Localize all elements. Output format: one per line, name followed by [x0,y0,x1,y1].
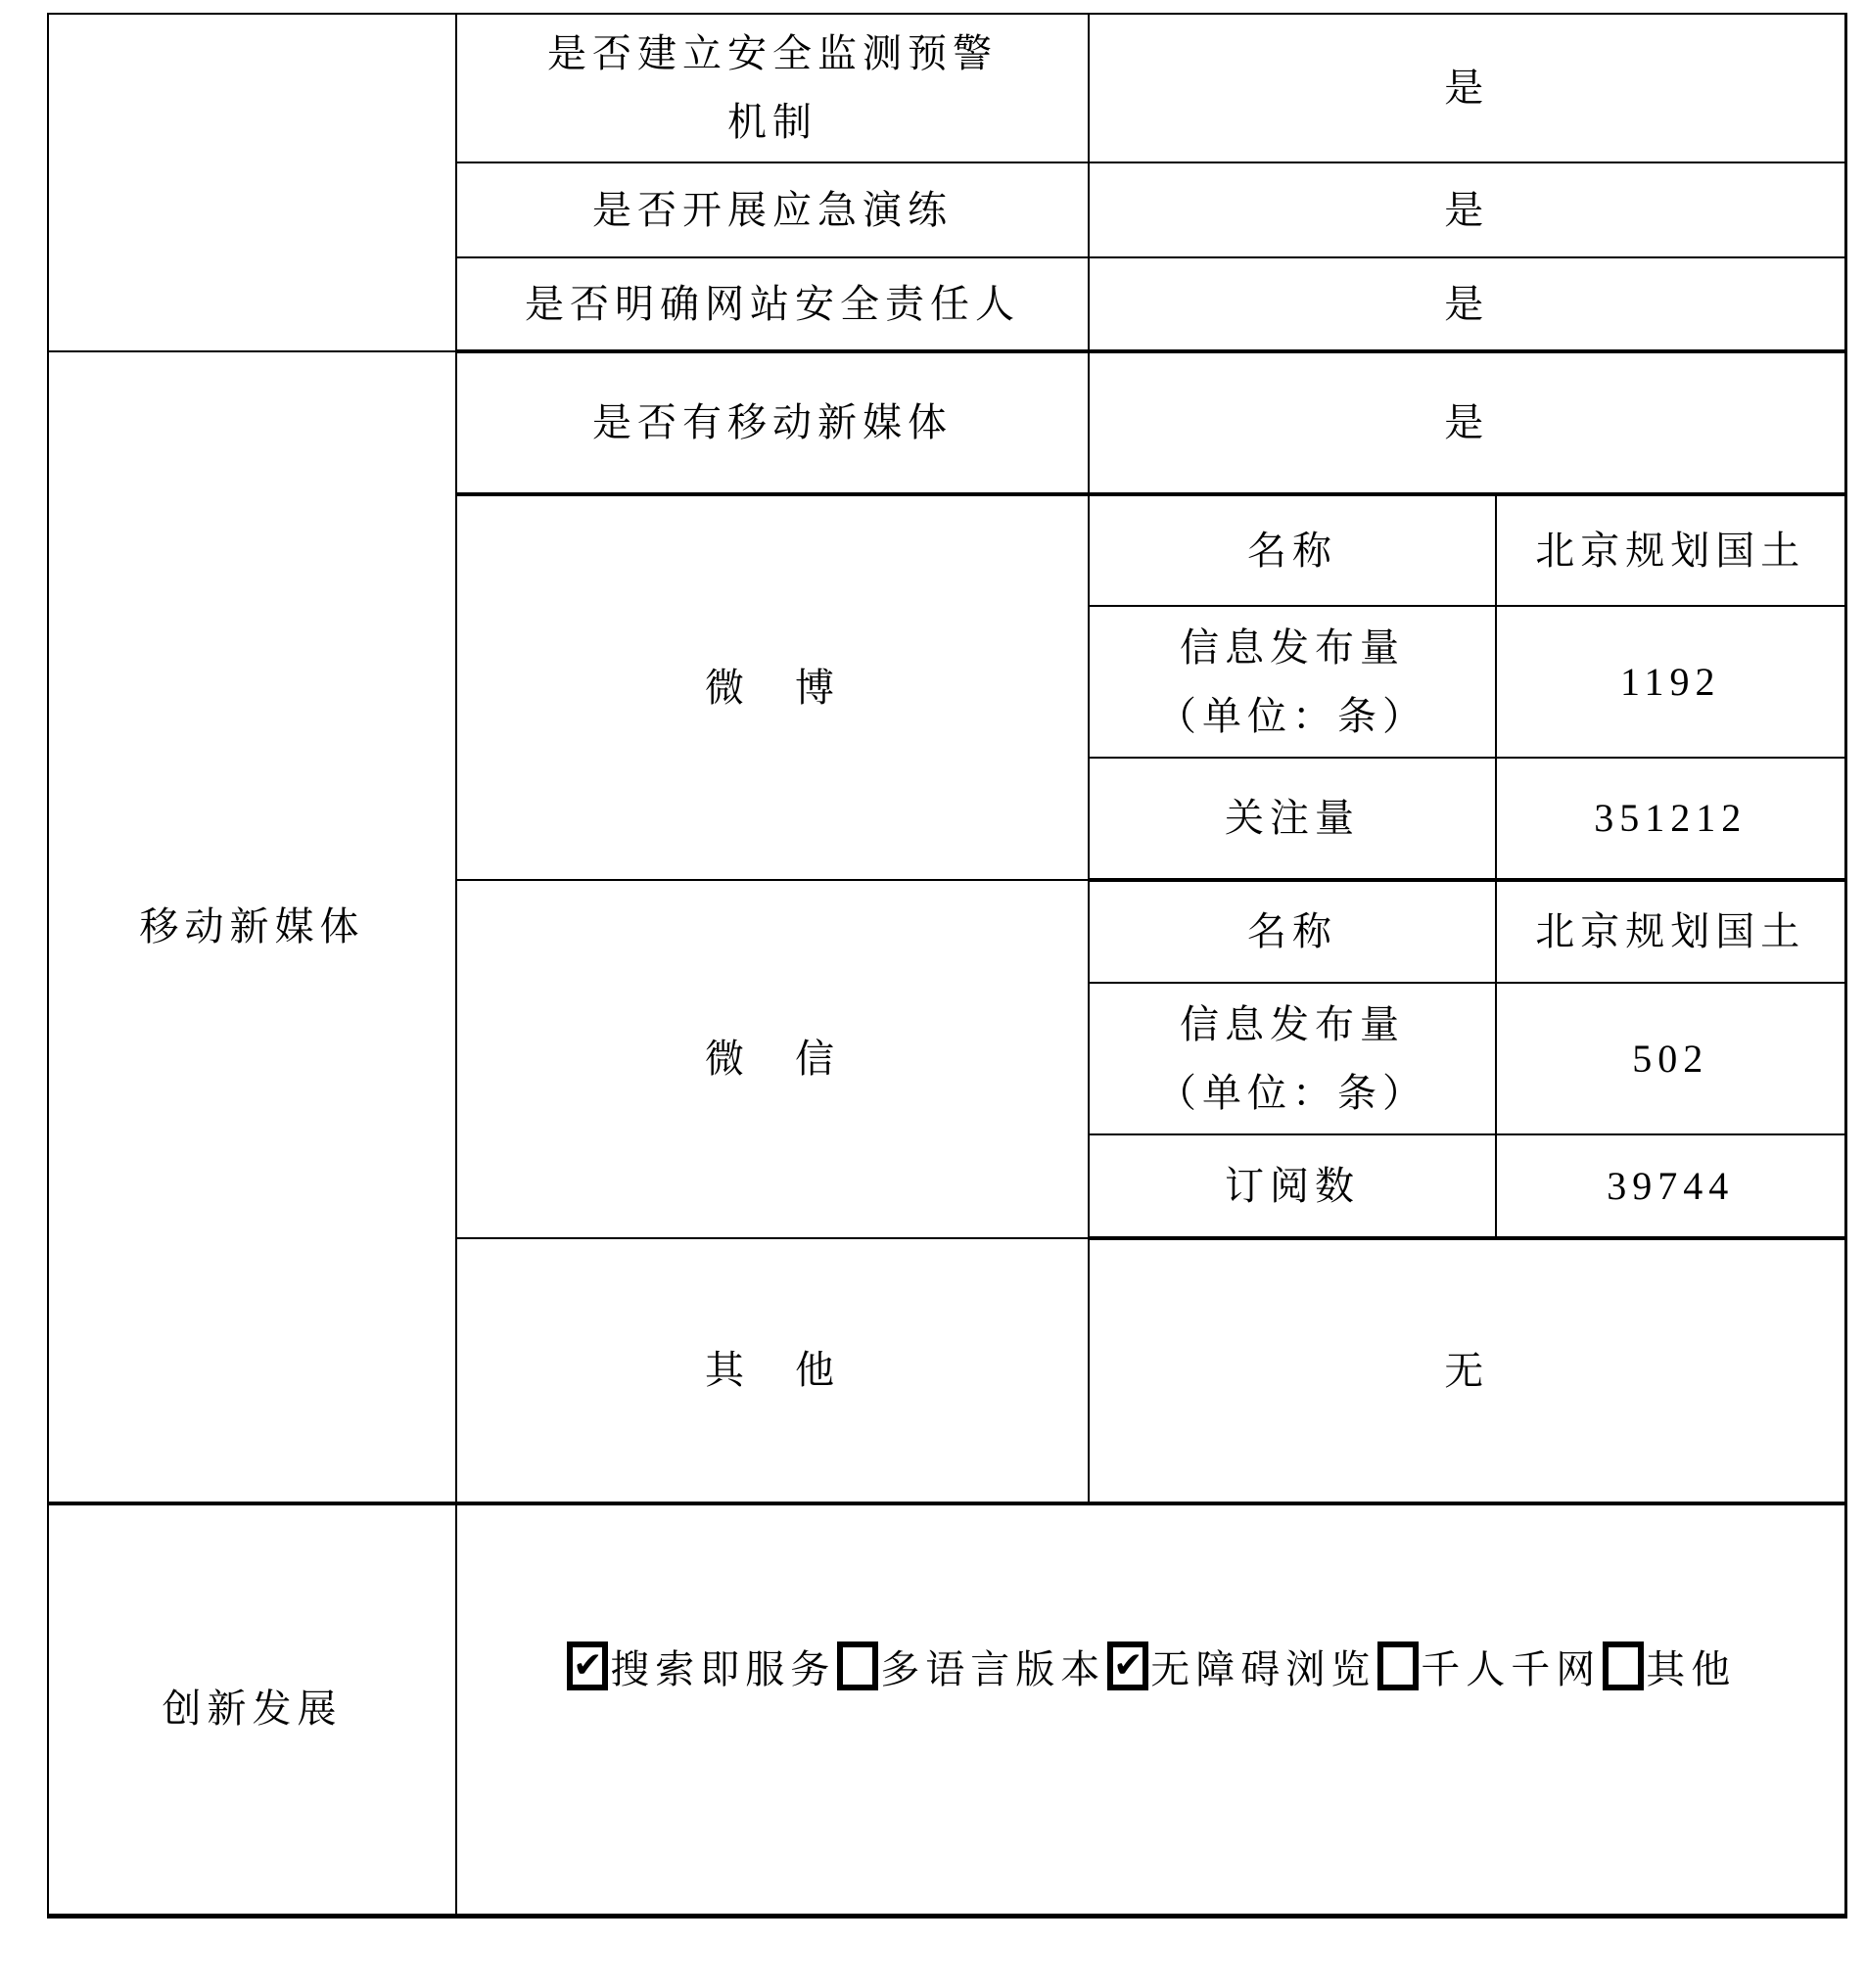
label-security-monitoring: 是否建立安全监测预警 机制 [456,14,1089,162]
value-wechat-name: 北京规划国土 [1496,880,1845,983]
checkbox-option-label: 千人千网 [1421,1647,1601,1691]
value-security-monitoring: 是 [1089,14,1845,162]
label-weibo: 微 博 [456,494,1089,880]
label-weibo-followers: 关注量 [1089,758,1496,880]
checkbox-checked-icon: ✔ [567,1641,608,1690]
label-wechat-subscribers: 订阅数 [1089,1134,1496,1238]
value-wechat-posts: 502 [1496,983,1845,1134]
label-wechat-posts: 信息发布量 （单位：条） [1089,983,1496,1134]
innovation-options-cell: ✔搜索即服务多语言版本✔无障碍浏览千人千网其他 [456,1503,1845,1916]
value-weibo-followers: 351212 [1496,758,1845,880]
label-weibo-name: 名称 [1089,494,1496,606]
section-label-mobile-media: 移动新媒体 [48,351,456,1503]
checkbox-option-label: 多语言版本 [880,1647,1105,1691]
value-other-media: 无 [1089,1238,1845,1503]
section-label-empty-cell [48,14,456,351]
label-security-responsible-person: 是否明确网站安全责任人 [456,257,1089,351]
checkbox-checked-icon: ✔ [1107,1641,1148,1690]
label-wechat-name: 名称 [1089,880,1496,983]
checkbox-unchecked-icon [1603,1641,1644,1690]
checkbox-option-label: 无障碍浏览 [1150,1647,1376,1691]
value-weibo-posts: 1192 [1496,606,1845,758]
checkbox-unchecked-icon [1377,1641,1419,1690]
label-other-media: 其 他 [456,1238,1089,1503]
value-emergency-drill: 是 [1089,162,1845,257]
checkbox-option-label: 搜索即服务 [610,1647,835,1691]
checkbox-unchecked-icon [837,1641,878,1690]
section-label-innovation: 创新发展 [48,1503,456,1916]
label-emergency-drill: 是否开展应急演练 [456,162,1089,257]
report-table: 是否建立安全监测预警 机制 是 是否开展应急演练 是 是否明确网站安全责任人 是… [47,13,1847,1919]
label-wechat: 微 信 [456,880,1089,1238]
label-has-mobile-media: 是否有移动新媒体 [456,351,1089,494]
value-weibo-name: 北京规划国土 [1496,494,1845,606]
value-has-mobile-media: 是 [1089,351,1845,494]
value-wechat-subscribers: 39744 [1496,1134,1845,1238]
checkbox-option-label: 其他 [1646,1647,1736,1691]
value-security-responsible-person: 是 [1089,257,1845,351]
innovation-checkbox-line: ✔搜索即服务多语言版本✔无障碍浏览千人千网其他 [457,1636,1844,1704]
label-weibo-posts: 信息发布量 （单位：条） [1089,606,1496,758]
